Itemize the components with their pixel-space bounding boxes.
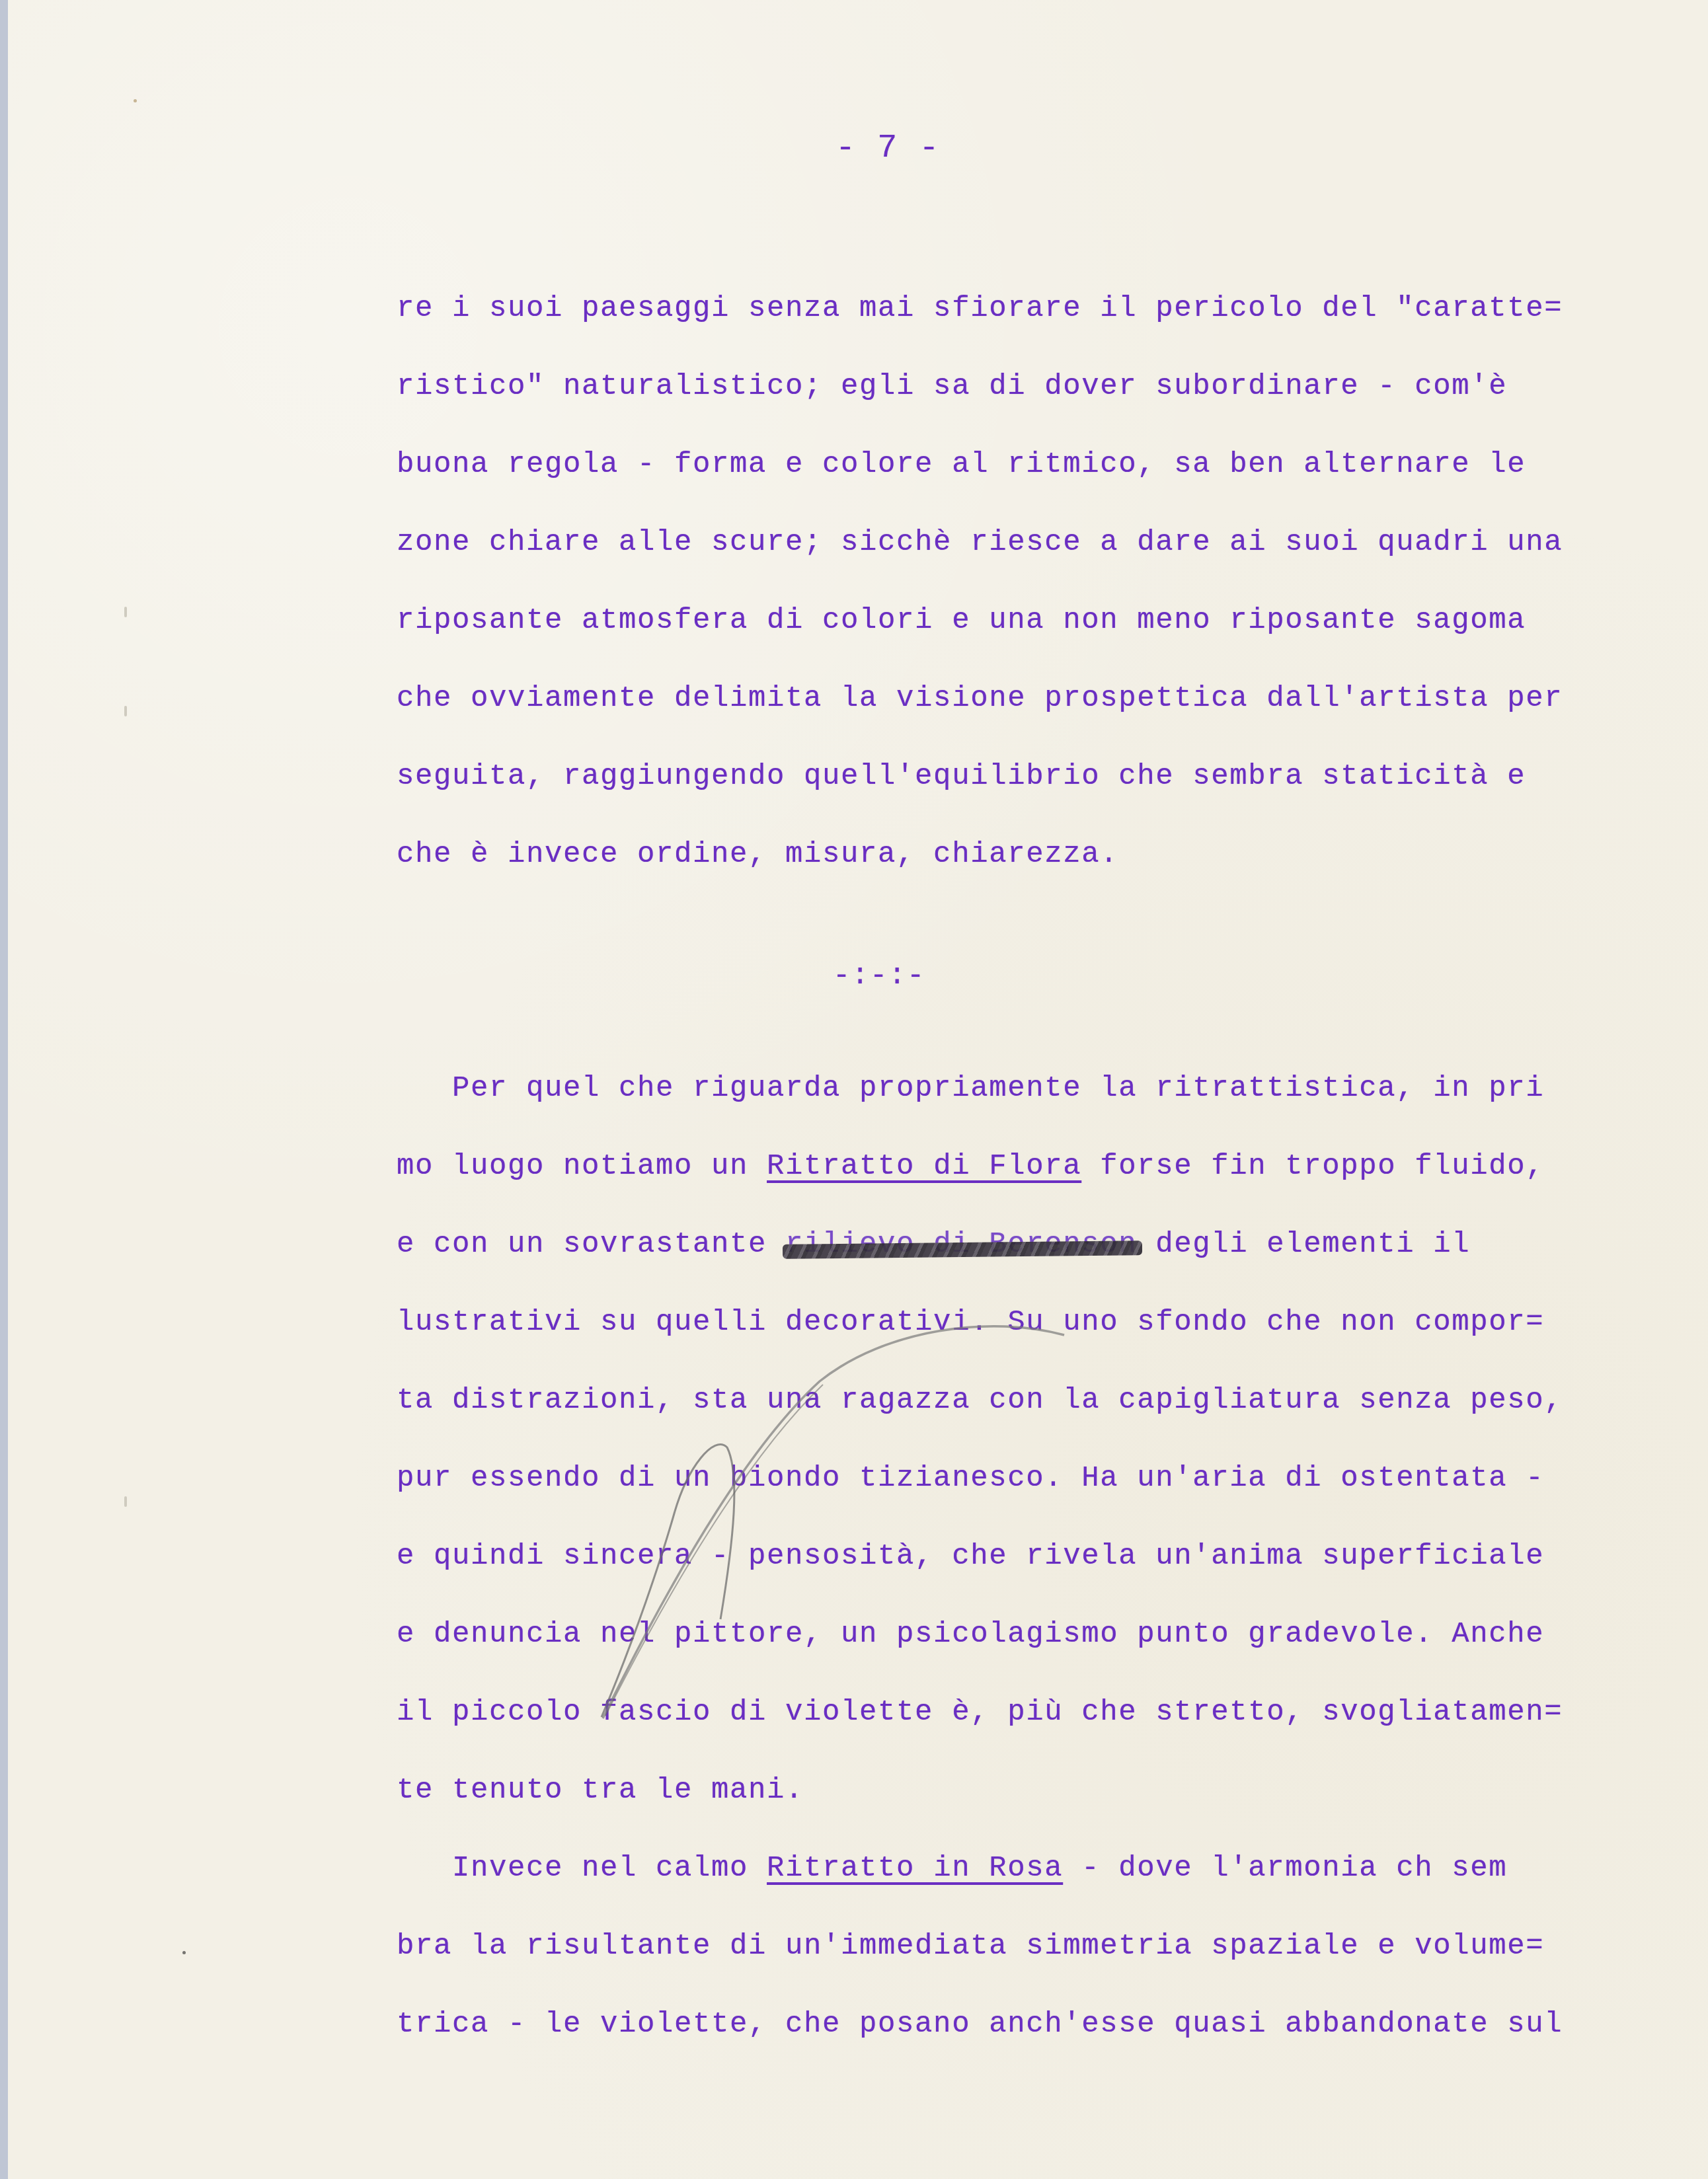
paragraph-2-line-2: mo luogo notiamo un Ritratto di Flora fo…	[397, 1150, 1544, 1183]
paragraph-2-line-9: il piccolo fascio di violette è, più che…	[397, 1696, 1563, 1729]
paper-mark	[124, 607, 127, 617]
line-text: e con un sovrastante	[397, 1228, 785, 1261]
line-text: Invece nel calmo	[397, 1852, 767, 1885]
line-text: degli elementi il	[1137, 1228, 1470, 1261]
artwork-title-ritratto-di-flora: Ritratto di Flora	[767, 1150, 1081, 1183]
section-separator: -:-:-	[833, 960, 925, 993]
paragraph-2-line-8: e denuncia nel pittore, un psicolagismo …	[397, 1618, 1544, 1651]
line-text: forse fin troppo fluido,	[1081, 1150, 1544, 1183]
paragraph-1-line-3: buona regola - forma e colore al ritmico…	[397, 448, 1526, 481]
paragraph-2-line-3: e con un sovrastante rilievo di Berenson…	[397, 1228, 1470, 1261]
artwork-title-ritratto-in-rosa: Ritratto in Rosa	[767, 1852, 1063, 1885]
paragraph-2-line-1: Per quel che riguarda propriamente la ri…	[397, 1072, 1544, 1105]
paper-speck	[182, 1951, 186, 1954]
paper-speck	[134, 99, 137, 102]
paragraph-3-line-1: Invece nel calmo Ritratto in Rosa - dove…	[397, 1852, 1507, 1885]
paper-mark	[124, 1496, 127, 1507]
paragraph-2-line-7: e quindi sincera - pensosità, che rivela…	[397, 1540, 1544, 1573]
paper-mark	[124, 706, 127, 716]
paragraph-2-line-4: lustrativi su quelli decorativi. Su uno …	[397, 1306, 1544, 1339]
paragraph-1-line-5: riposante atmosfera di colori e una non …	[397, 604, 1526, 637]
paragraph-2-line-6: pur essendo di un biondo tizianesco. Ha …	[397, 1462, 1544, 1495]
paragraph-1-line-4: zone chiare alle scure; sicchè riesce a …	[397, 526, 1563, 559]
typewritten-page: - 7 - re i suoi paesaggi senza mai sfior…	[8, 0, 1708, 2179]
paragraph-3-line-2: bra la risultante di un'immediata simmet…	[397, 1930, 1544, 1963]
paragraph-2-line-5: ta distrazioni, sta una ragazza con la c…	[397, 1384, 1563, 1417]
paragraph-1-line-7: seguita, raggiungendo quell'equilibrio c…	[397, 760, 1526, 793]
paragraph-2-line-10: te tenuto tra le mani.	[397, 1774, 804, 1807]
line-text: - dove l'armonia ch sem	[1063, 1852, 1507, 1885]
paragraph-1-line-8: che è invece ordine, misura, chiarezza.	[397, 838, 1118, 871]
struck-out-text: rilievo di Berenson	[785, 1228, 1137, 1261]
paragraph-1-line-6: che ovviamente delimita la visione prosp…	[397, 682, 1563, 715]
paragraph-1-line-1: re i suoi paesaggi senza mai sfiorare il…	[397, 292, 1563, 325]
paragraph-1-line-2: ristico" naturalistico; egli sa di dover…	[397, 370, 1507, 403]
paragraph-3-line-3: trica - le violette, che posano anch'ess…	[397, 2008, 1563, 2041]
line-text: mo luogo notiamo un	[397, 1150, 767, 1183]
page-number: - 7 -	[835, 130, 940, 167]
